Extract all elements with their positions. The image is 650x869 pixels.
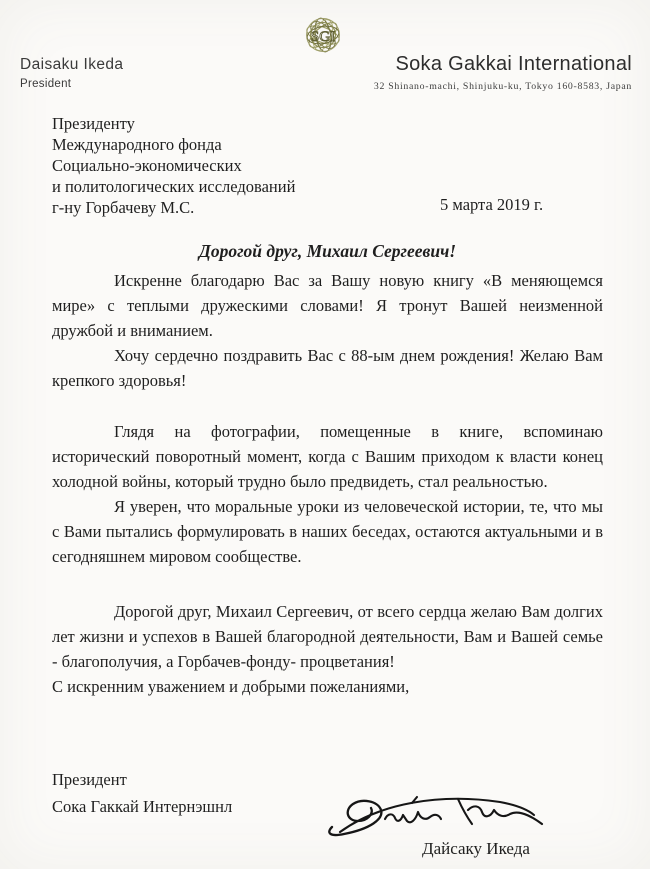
salutation: Дорогой друг, Михаил Сергеевич! [52, 239, 603, 264]
org-name: Soka Gakkai International [374, 53, 632, 76]
recipient-line: Международного фонда [52, 134, 295, 155]
sender-title: President [20, 78, 123, 90]
valediction: С искренним уважением и добрыми пожелани… [52, 674, 603, 699]
sender-name: Daisaku Ikeda [20, 56, 123, 74]
letter-body: Дорогой друг, Михаил Сергеевич! Искренне… [52, 239, 603, 699]
letter-page: SGI Daisaku Ikeda President Soka Gakkai … [0, 0, 650, 869]
closing-block: Президент Сока Гаккай Интернэшнл [52, 766, 232, 820]
recipient-block: Президенту Международного фонда Социальн… [52, 113, 295, 218]
paragraph: Глядя на фотографии, помещенные в книге,… [52, 419, 603, 494]
paragraph: Я уверен, что моральные уроки из человеч… [52, 494, 603, 569]
letter-date: 5 марта 2019 г. [440, 195, 543, 215]
sgi-logo-letters: SGI [311, 29, 335, 45]
letterhead-sender: Daisaku Ikeda President [20, 56, 123, 90]
recipient-line: Социально-экономических [52, 155, 295, 176]
sgi-logo-icon: SGI [294, 4, 352, 66]
recipient-line: Президенту [52, 113, 295, 134]
letterhead-org: Soka Gakkai International 32 Shinano-mac… [374, 53, 632, 92]
recipient-line: г-ну Горбачеву М.С. [52, 197, 295, 218]
closing-org: Сока Гаккай Интернэшнл [52, 793, 232, 820]
signature-name: Дайсаку Икеда [422, 839, 530, 859]
paragraph: Искренне благодарю Вас за Вашу новую кни… [52, 268, 603, 343]
closing-title: Президент [52, 766, 232, 793]
recipient-line: и политологических исследований [52, 176, 295, 197]
signature-icon [322, 783, 550, 839]
paragraph: Хочу сердечно поздравить Вас с 88-ым дне… [52, 343, 603, 393]
paragraph: Дорогой друг, Михаил Сергеевич, от всего… [52, 599, 603, 674]
org-address: 32 Shinano-machi, Shinjuku-ku, Tokyo 160… [374, 81, 632, 92]
